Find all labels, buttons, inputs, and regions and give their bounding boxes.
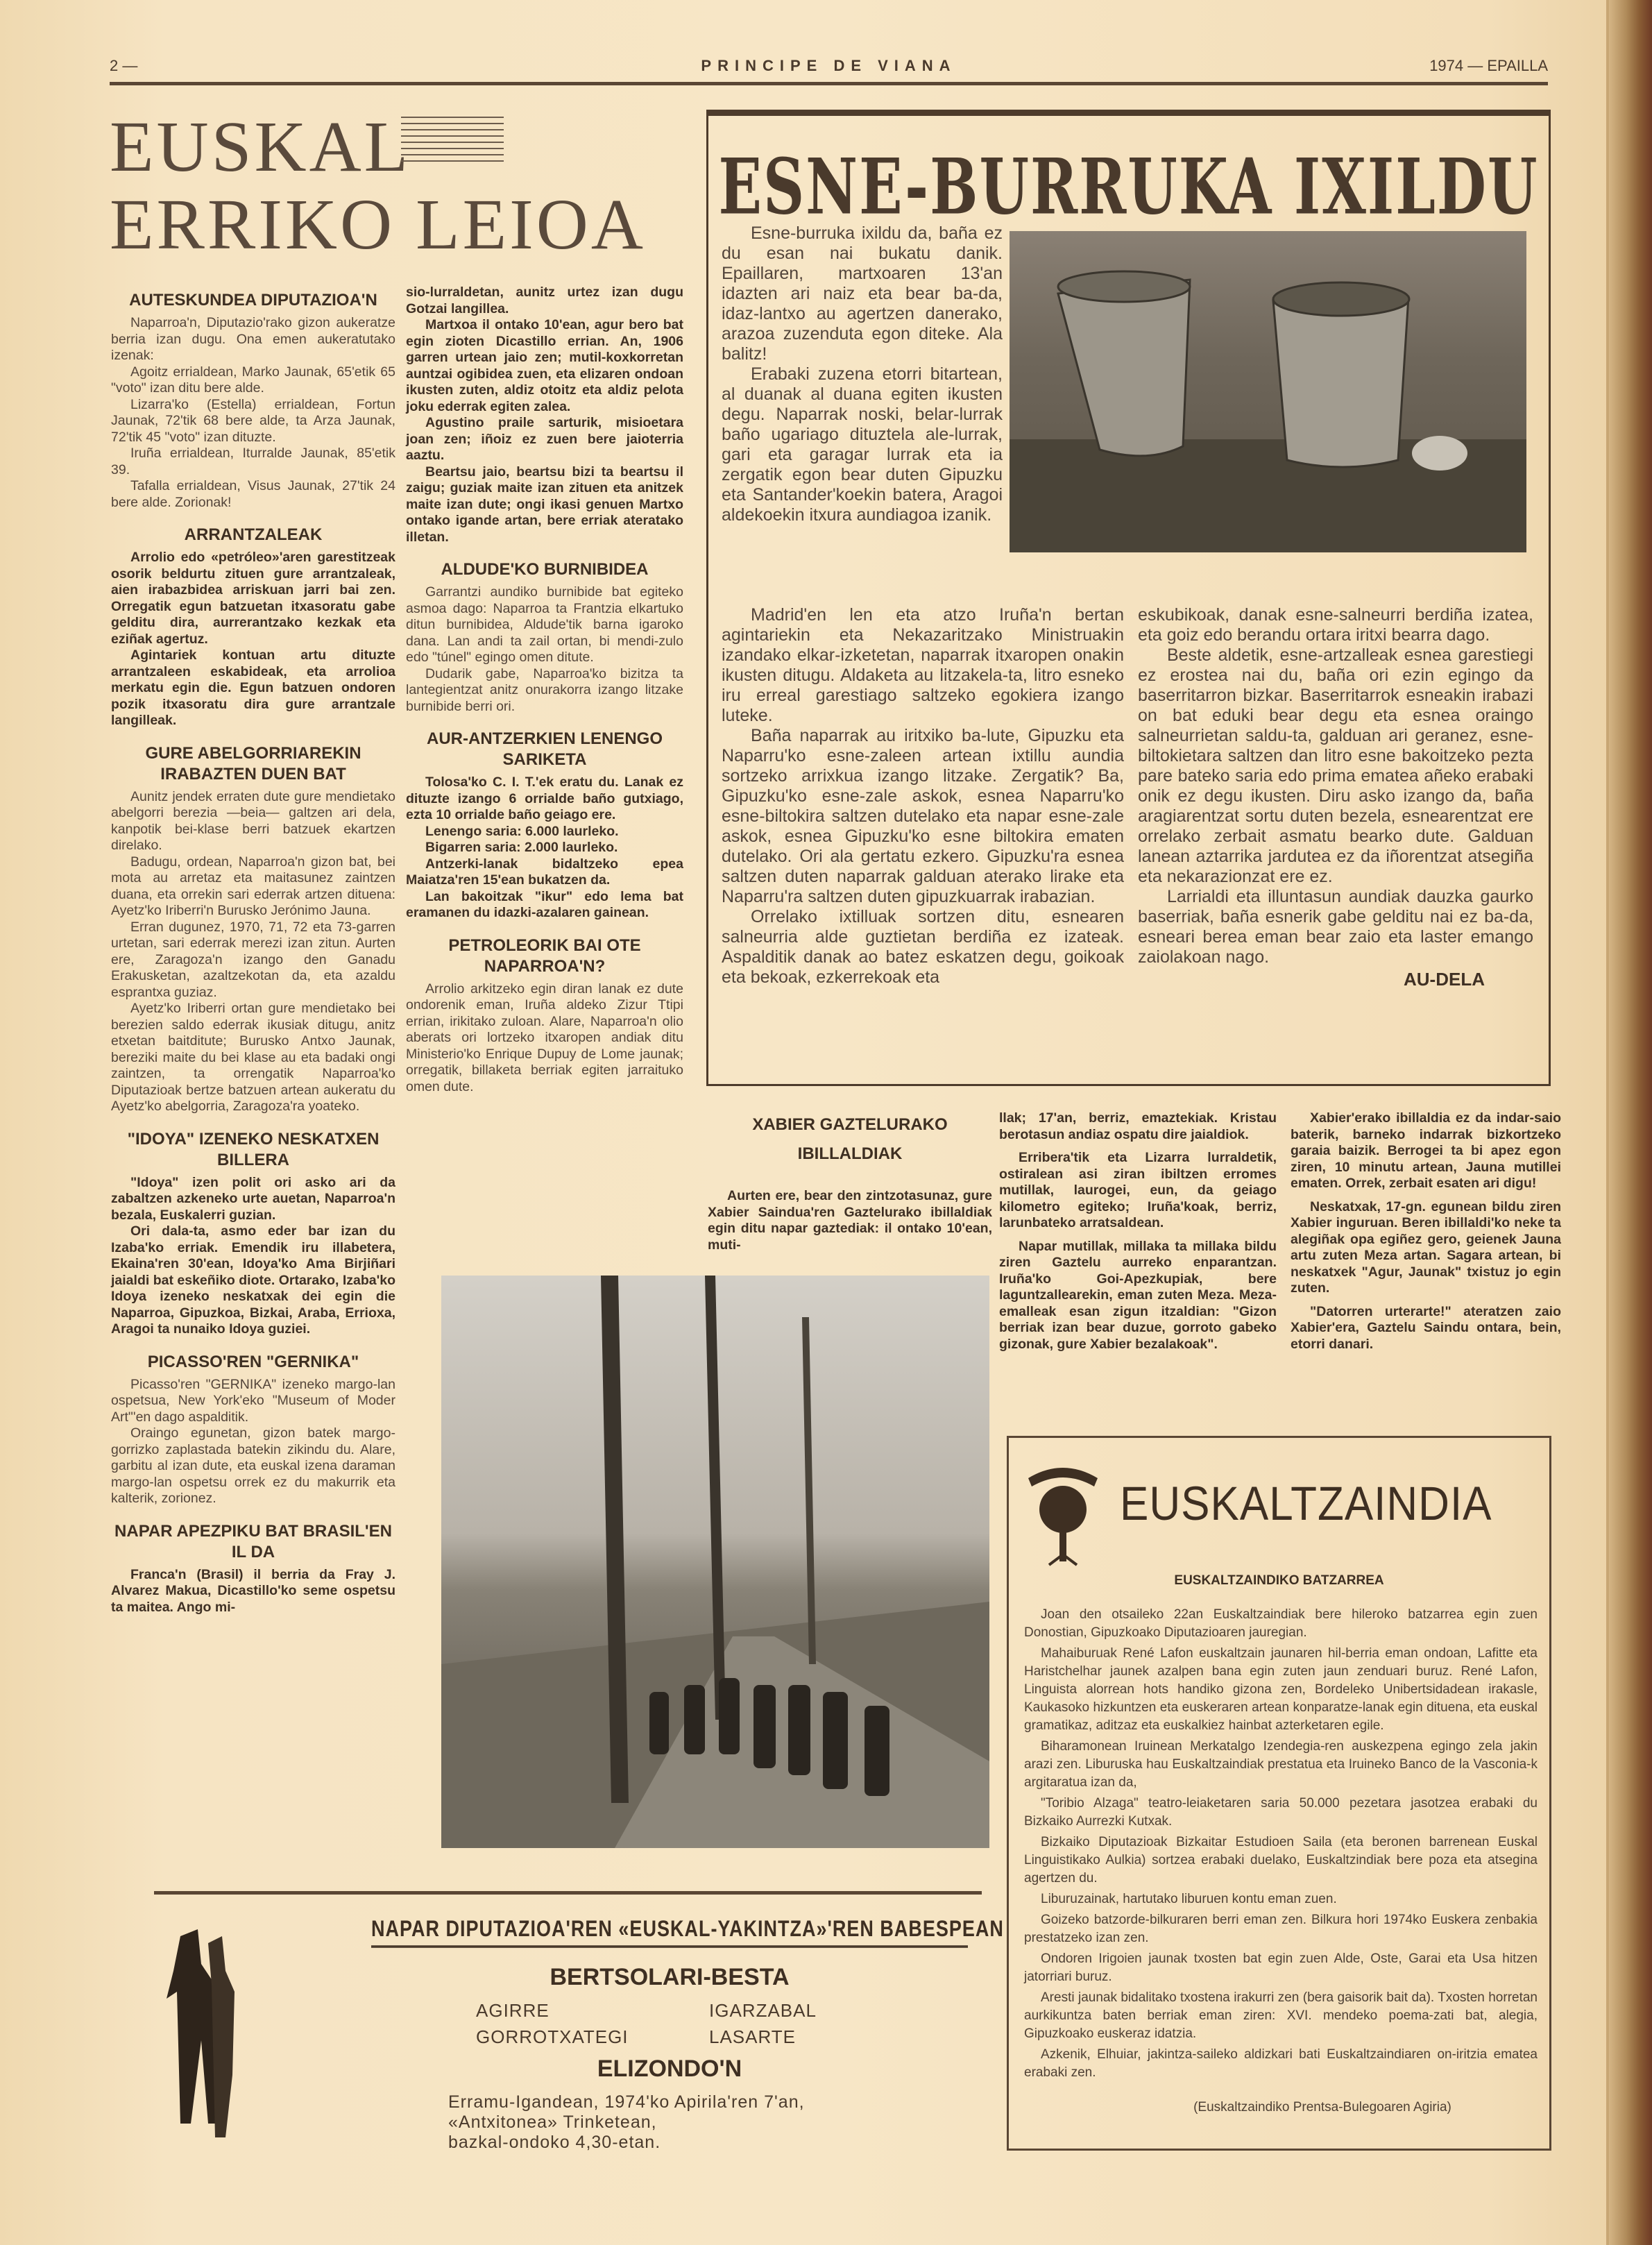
euskaltzaindia-subtitle: EUSKALTZAINDIKO BATZARREA xyxy=(1009,1573,1549,1589)
paragraph: Agustino praile sarturik, misioetara joa… xyxy=(406,415,683,464)
article-title: NAPAR APEZPIKU BAT BRASIL'EN IL DA xyxy=(111,1521,395,1563)
paragraph: "Idoya" izen polit ori asko ari da zabal… xyxy=(111,1175,395,1224)
book-spine xyxy=(1609,0,1652,2245)
paragraph: Liburuzainak, hartutako liburuen kontu e… xyxy=(1024,1890,1538,1908)
paragraph: Oraingo egunetan, gizon batek margo-gorr… xyxy=(111,1425,395,1507)
paragraph: eskubikoak, danak esne-salneurri berdiña… xyxy=(1138,605,1533,645)
paragraph: Arrolio arkitzeko egin diran lanak ez du… xyxy=(406,981,683,1096)
article-title: AUR-ANTZERKIEN LENENGO SARIKETA xyxy=(406,729,683,770)
paragraph: Biharamonean Iruinean Merkatalgo Izendeg… xyxy=(1024,1738,1538,1792)
xabier-col1: XABIER GAZTELURAKO IBILLALDIAK Aurten er… xyxy=(708,1110,992,1253)
euskaltzaindia-body: Joan den otsaileko 22an Euskaltzaindiak … xyxy=(1024,1606,1538,2117)
paragraph: Dudarik gabe, Naparroa'ko bizitza ta lan… xyxy=(406,666,683,715)
paragraph: Lenengo saria: 6.000 laurleko. xyxy=(406,824,683,840)
paragraph: sio-lurraldetan, aunitz urtez izan dugu … xyxy=(406,285,683,317)
paragraph: Antzerki-lanak bidaltzeko epea Maiatza'r… xyxy=(406,856,683,889)
main-article-col1-top: Esne-burruka ixildu da, baña ez du esan … xyxy=(722,223,1003,525)
bertsolari-name: LASARTE xyxy=(709,2026,796,2048)
paragraph: Erabaki zuzena etorri bitartean, al duan… xyxy=(722,364,1003,525)
article-auteskundea: AUTESKUNDEA DIPUTAZIOA'N Naparroa'n, Dip… xyxy=(111,290,395,511)
paragraph: Goizeko batzorde-bilkuraren berri eman z… xyxy=(1024,1911,1538,1947)
left-column: AUTESKUNDEA DIPUTAZIOA'N Naparroa'n, Dip… xyxy=(111,290,395,1616)
article-title: "IDOYA" IZENEKO NESKATXEN BILLERA xyxy=(111,1129,395,1171)
article-title: PICASSO'REN "GERNIKA" xyxy=(111,1352,395,1373)
paragraph: Xabier'erako ibillaldia ez da indar-saio… xyxy=(1291,1110,1561,1192)
middle-column: sio-lurraldetan, aunitz urtez izan dugu … xyxy=(406,285,683,1095)
paragraph: Picasso'ren "GERNIKA" izeneko margo-lan … xyxy=(111,1377,395,1426)
article-aur-antzerkien: AUR-ANTZERKIEN LENENGO SARIKETA Tolosa'k… xyxy=(406,729,683,922)
article-aldude-burnibidea: ALDUDE'KO BURNIBIDEA Garrantzi aundiko b… xyxy=(406,559,683,715)
photo-milk-cans xyxy=(1010,231,1526,552)
article-title: XABIER GAZTELURAKO IBILLALDIAK xyxy=(708,1110,992,1169)
paragraph: Lan bakoitzak "ikur" edo lema bat eraman… xyxy=(406,889,683,922)
article-title: GURE ABELGORRIAREKIN IRABAZTEN DUEN BAT xyxy=(111,743,395,785)
article-idoya: "IDOYA" IZENEKO NESKATXEN BILLERA "Idoya… xyxy=(111,1129,395,1338)
bertsolari-name: GORROTXATEGI xyxy=(476,2026,629,2048)
advert-detail: Erramu-Igandean, 1974'ko Apirila'ren 7'a… xyxy=(448,2092,805,2112)
advert-sponsor: NAPAR DIPUTAZIOA'REN «EUSKAL-YAKINTZA»'R… xyxy=(371,1916,968,1948)
paragraph: llak; 17'an, berriz, emaztekiak. Kristau… xyxy=(999,1110,1277,1143)
article-title: PETROLEORIK BAI OTE NAPARROA'N? xyxy=(406,935,683,977)
main-article-col1-bottom: Madrid'en len eta atzo Iruña'n bertan ag… xyxy=(722,605,1124,988)
article-petroleorik: PETROLEORIK BAI OTE NAPARROA'N? Arrolio … xyxy=(406,935,683,1096)
paragraph: Aurten ere, bear den zintzotasunaz, gure… xyxy=(708,1188,992,1253)
running-head: 2 — PRINCIPE DE VIANA 1974 — EPAILLA xyxy=(110,57,1548,78)
issue-date: 1974 — EPAILLA xyxy=(1429,57,1548,75)
paragraph: Madrid'en len eta atzo Iruña'n bertan ag… xyxy=(722,605,1124,726)
article-byline: AU-DELA xyxy=(1138,969,1533,990)
paragraph: Iruña errialdean, Iturralde Jaunak, 85'e… xyxy=(111,446,395,478)
paragraph: Arrolio edo «petróleo»'aren garestitzeak… xyxy=(111,550,395,647)
paragraph: Mahaiburuak René Lafon euskaltzain jauna… xyxy=(1024,1645,1538,1735)
xabier-col2: llak; 17'an, berriz, emaztekiak. Kristau… xyxy=(999,1110,1277,1353)
article-gernika: PICASSO'REN "GERNIKA" Picasso'ren "GERNI… xyxy=(111,1352,395,1507)
press-office-signature: (Euskaltzaindiko Prentsa-Bulegoaren Agir… xyxy=(1024,2099,1538,2117)
paragraph: Aresti jaunak bidalitako txostena irakur… xyxy=(1024,1989,1538,2043)
paragraph: "Datorren urterarte!" ateratzen zaio Xab… xyxy=(1291,1304,1561,1353)
paragraph: Agintariek kontuan artu dituzte arrantza… xyxy=(111,647,395,729)
masthead-line-2: ERRIKO LEIOA xyxy=(110,189,646,261)
paragraph: Beartsu jaio, beartsu bizi ta beartsu il… xyxy=(406,464,683,546)
paragraph: Tolosa'ko C. I. T.'ek eratu du. Lanak ez… xyxy=(406,774,683,824)
paragraph: Agoitz errialdean, Marko Jaunak, 65'etik… xyxy=(111,364,395,397)
paragraph: Badugu, ordean, Naparroa'n gizon bat, be… xyxy=(111,854,395,920)
advert-detail: bazkal-ondoko 4,30-etan. xyxy=(448,2133,661,2153)
section-masthead: EUSKAL ERRIKO LEIOA xyxy=(110,111,679,264)
paragraph: Orrelako ixtilluak sortzen ditu, esneare… xyxy=(722,907,1124,988)
article-napar-apezpiku: NAPAR APEZPIKU BAT BRASIL'EN IL DA Franc… xyxy=(111,1521,395,1616)
advert-title: BERTSOLARI-BESTA xyxy=(371,1964,968,1991)
paragraph: Neskatxak, 17-gn. egunean bildu ziren Xa… xyxy=(1291,1199,1561,1297)
main-article-col2: eskubikoak, danak esne-salneurri berdiña… xyxy=(1138,605,1533,990)
article-title: ARRANTZALEAK xyxy=(111,525,395,545)
paragraph: Bizkaiko Diputazioak Bizkaitar Estudioen… xyxy=(1024,1833,1538,1888)
paragraph: Aunitz jendek erraten dute gure mendieta… xyxy=(111,789,395,854)
xabier-col3: Xabier'erako ibillaldia ez da indar-saio… xyxy=(1291,1110,1561,1353)
paragraph: Napar mutillak, millaka ta millaka bildu… xyxy=(999,1239,1277,1353)
paragraph: "Toribio Alzaga" teatro-leiaketaren sari… xyxy=(1024,1795,1538,1831)
header-rule xyxy=(110,82,1548,85)
photo-pilgrims-walking-road xyxy=(441,1276,989,1848)
bertsolari-name: IGARZABAL xyxy=(709,2000,817,2022)
paragraph: Baña naparrak au iritxiko ba-lute, Gipuz… xyxy=(722,726,1124,907)
article-arrantzaleak: ARRANTZALEAK Arrolio edo «petróleo»'aren… xyxy=(111,525,395,729)
publication-title: PRINCIPE DE VIANA xyxy=(110,57,1548,75)
paragraph: Ayetz'ko Iriberri ortan gure mendietako … xyxy=(111,1001,395,1115)
euskaltzaindia-oak-tree-logo xyxy=(1014,1457,1112,1568)
paragraph: Esne-burruka ixildu da, baña ez du esan … xyxy=(722,223,1003,364)
paragraph: Franca'n (Brasil) il berria da Fray J. A… xyxy=(111,1567,395,1616)
masthead-line-1: EUSKAL xyxy=(110,111,411,183)
bertsolari-figures-illustration xyxy=(160,1915,236,2151)
paragraph: Ondoren Irigoien jaunak txosten bat egin… xyxy=(1024,1950,1538,1986)
paragraph: Joan den otsaileko 22an Euskaltzaindiak … xyxy=(1024,1606,1538,1642)
bertsolari-advert: NAPAR DIPUTAZIOA'REN «EUSKAL-YAKINTZA»'R… xyxy=(154,1891,982,2152)
euskaltzaindia-title: EUSKALTZAINDIA xyxy=(1120,1477,1492,1531)
apezpiku-continuation: sio-lurraldetan, aunitz urtez izan dugu … xyxy=(406,285,683,545)
paragraph: Bigarren saria: 2.000 laurleko. xyxy=(406,840,683,856)
pilgrims-illustration xyxy=(441,1276,989,1848)
milk-cans-illustration xyxy=(1010,231,1526,552)
paragraph: Erribera'tik eta Lizarra lurraldetik, os… xyxy=(999,1150,1277,1232)
article-title: ALDUDE'KO BURNIBIDEA xyxy=(406,559,683,580)
paragraph: Ori dala-ta, asmo eder bar izan du Izaba… xyxy=(111,1223,395,1338)
paragraph: Naparroa'n, Diputazio'rako gizon aukerat… xyxy=(111,315,395,364)
paragraph: Martxoa il ontako 10'ean, agur bero bat … xyxy=(406,317,683,415)
article-title: AUTESKUNDEA DIPUTAZIOA'N xyxy=(111,290,395,311)
paragraph: Garrantzi aundiko burnibide bat egiteko … xyxy=(406,584,683,666)
paragraph: Beste aldetik, esne-artzalleak esnea gar… xyxy=(1138,645,1533,887)
euskaltzaindia-box: EUSKALTZAINDIA EUSKALTZAINDIKO BATZARREA… xyxy=(1007,1436,1551,2151)
paragraph: Larrialdi eta illuntasun aundiak dauzka … xyxy=(1138,887,1533,967)
paragraph: Erran dugunez, 1970, 71, 72 eta 73-garre… xyxy=(111,920,395,1001)
paragraph: Lizarra'ko (Estella) errialdean, Fortun … xyxy=(111,397,395,446)
paragraph: Azkenik, Elhuiar, jakintza-saileko aldiz… xyxy=(1024,2046,1538,2082)
masthead-rules xyxy=(401,117,504,165)
advert-location: ELIZONDO'N xyxy=(371,2056,968,2083)
advert-detail: «Antxitonea» Trinketean, xyxy=(448,2112,657,2133)
article-abelgorria: GURE ABELGORRIAREKIN IRABAZTEN DUEN BAT … xyxy=(111,743,395,1115)
bertsolari-name: AGIRRE xyxy=(476,2000,550,2022)
paragraph: Tafalla errialdean, Visus Jaunak, 27'tik… xyxy=(111,478,395,511)
